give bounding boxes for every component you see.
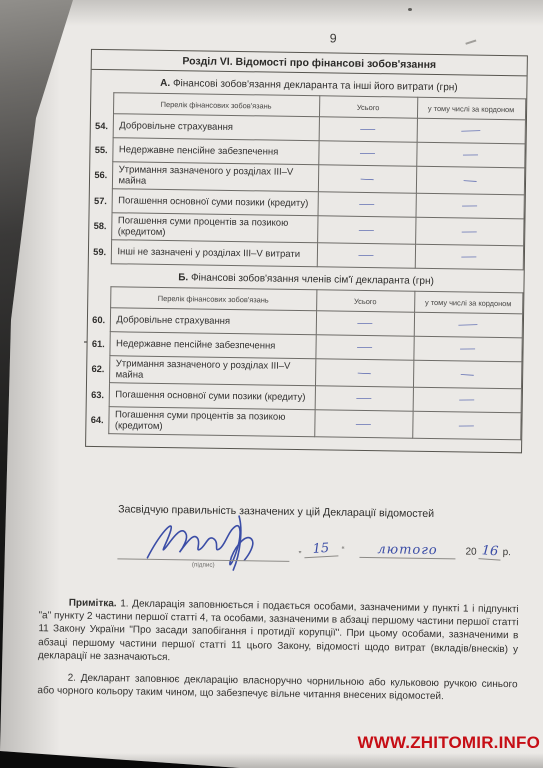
table-b-letter: Б. <box>178 272 188 283</box>
attestation-date: „15“лютого2016р. <box>295 541 530 560</box>
obligation-label: Добровільне страхування <box>113 114 319 141</box>
quote-open: „ <box>298 544 301 554</box>
row-number: 60. <box>88 307 110 331</box>
handwritten-dash: — <box>460 344 475 354</box>
row-number: 54. <box>91 113 113 137</box>
page-content: 9 Розділ VI. Відомості про фінансові зоб… <box>0 0 543 768</box>
handwritten-dash: — <box>461 126 480 137</box>
obligation-label: Погашення суми процентів за позикою (кре… <box>108 407 314 437</box>
abroad-value: — <box>414 312 522 338</box>
row-number: 59. <box>89 239 111 263</box>
handwritten-dash: — <box>461 252 476 262</box>
table-a-mount: Перелік фінансових зобов'язаньУсьогоу то… <box>89 92 527 270</box>
page-number: 9 <box>103 28 543 49</box>
handwritten-dash: — <box>460 370 473 381</box>
abroad-value: — <box>413 387 521 413</box>
quote-close: “ <box>341 545 344 555</box>
row-number: 58. <box>89 212 111 239</box>
date-year-handwritten: 16 <box>479 543 502 560</box>
column-header: у тому числі за кордоном <box>414 291 522 314</box>
abroad-value: — <box>412 411 520 440</box>
obligation-label: Погашення основної суми позики (кредиту) <box>109 383 315 410</box>
date-month-handwritten: лютого <box>359 542 455 559</box>
attestation-statement: Засвідчую правильність зазначених у цій … <box>56 502 496 521</box>
handwritten-dash: — <box>462 227 477 237</box>
total-value: — <box>316 311 414 336</box>
row-number: 56. <box>90 161 112 188</box>
financial-obligations-table: Перелік фінансових зобов'язаньУсьогоу то… <box>86 286 523 440</box>
handwritten-dash: — <box>359 225 374 235</box>
total-value: — <box>319 117 417 142</box>
table-a-letter: А. <box>160 78 170 89</box>
header-gutter <box>91 92 113 113</box>
column-header: Усього <box>319 96 417 118</box>
obligation-label: Недержавне пенсійне забезпечення <box>112 138 318 165</box>
table-row: 59.Інші не зазначені у розділах III–V ви… <box>89 239 523 269</box>
column-header: Перелік фінансових зобов'язань <box>113 93 319 117</box>
handwritten-dash: — <box>463 150 478 160</box>
table-b-mount: Перелік фінансових зобов'язаньУсьогоу то… <box>86 286 523 440</box>
table-b-subtitle: Б. Фінансові зобов'язання членів сім'ї д… <box>89 271 524 288</box>
handwritten-dash: — <box>358 251 373 261</box>
row-number: 62. <box>87 355 109 382</box>
watermark: WWW.ZHITOMIR.INFO <box>358 733 541 753</box>
column-header: Перелік фінансових зобов'язань <box>110 287 316 311</box>
handwritten-dash: — <box>359 200 374 210</box>
total-value: — <box>315 335 413 360</box>
total-value: — <box>314 410 412 438</box>
total-value: — <box>318 192 416 217</box>
handwritten-dash: — <box>458 320 477 331</box>
handwritten-dash: — <box>356 394 371 404</box>
note-paragraph-1: Примітка. 1. Декларація заповнюється і п… <box>38 596 519 669</box>
handwritten-dash: — <box>459 421 474 431</box>
financial-obligations-table: Перелік фінансових зобов'язаньУсьогоу то… <box>89 92 526 270</box>
total-value: — <box>315 386 413 411</box>
total-value: — <box>318 141 416 166</box>
total-value: — <box>317 243 415 268</box>
section-title: Розділ VI. Відомості про фінансові зобов… <box>92 50 527 76</box>
total-value: — <box>318 165 416 193</box>
column-header: у тому числі за кордоном <box>417 97 525 120</box>
handwritten-dash: — <box>463 176 476 187</box>
handwritten-dash: — <box>360 149 375 159</box>
handwritten-dash: — <box>357 343 372 353</box>
obligation-label: Погашення основної суми позики (кредиту) <box>112 189 318 216</box>
note-paragraph-2: 2. Декларант заповнює декларацію власнор… <box>37 671 517 704</box>
abroad-value: — <box>415 217 523 246</box>
handwritten-dash: — <box>357 368 370 379</box>
abroad-value: — <box>416 166 524 195</box>
abroad-value: — <box>416 142 524 168</box>
obligation-label: Погашення суми процентів за позикою (кре… <box>111 213 317 243</box>
abroad-value: — <box>413 360 521 389</box>
row-number: 63. <box>87 382 109 406</box>
header-gutter <box>88 286 110 307</box>
date-year-label: р. <box>503 547 512 558</box>
handwritten-dash: — <box>360 174 373 185</box>
obligation-label: Інші не зазначені у розділах III–V витра… <box>111 240 317 267</box>
handwritten-dash: — <box>462 201 477 211</box>
column-header: Усього <box>316 290 414 312</box>
row-number: 57. <box>90 188 112 212</box>
handwritten-dash: — <box>459 395 474 405</box>
table-a-subtitle: А. Фінансові зобов'язання декларанта та … <box>91 77 526 94</box>
handwritten-dash: — <box>356 419 371 429</box>
obligation-label: Утримання зазначеного у розділах III–V м… <box>109 356 315 386</box>
abroad-value: — <box>417 118 525 144</box>
date-day-handwritten: 15 <box>304 540 339 558</box>
note-label: Примітка. <box>69 598 117 610</box>
date-year-prefix: 20 <box>465 546 476 557</box>
abroad-value: — <box>415 193 523 219</box>
row-number: 61. <box>87 331 109 355</box>
obligation-label: Утримання зазначеного у розділах III–V м… <box>112 162 318 192</box>
table-row: 64.Погашення суми процентів за позикою (… <box>86 406 520 439</box>
total-value: — <box>315 359 413 387</box>
obligation-label: Добровільне страхування <box>110 308 316 335</box>
row-number: 64. <box>86 406 108 433</box>
notes: Примітка. 1. Декларація заповнюється і п… <box>37 596 518 704</box>
abroad-value: — <box>415 244 523 270</box>
handwritten-dash: — <box>360 125 375 135</box>
obligation-label: Недержавне пенсійне забезпечення <box>109 332 315 359</box>
section-vi-box: Розділ VI. Відомості про фінансові зобов… <box>85 49 528 453</box>
abroad-value: — <box>413 336 521 362</box>
handwritten-dash: — <box>357 319 372 329</box>
total-value: — <box>317 216 415 244</box>
row-number: 55. <box>90 137 112 161</box>
